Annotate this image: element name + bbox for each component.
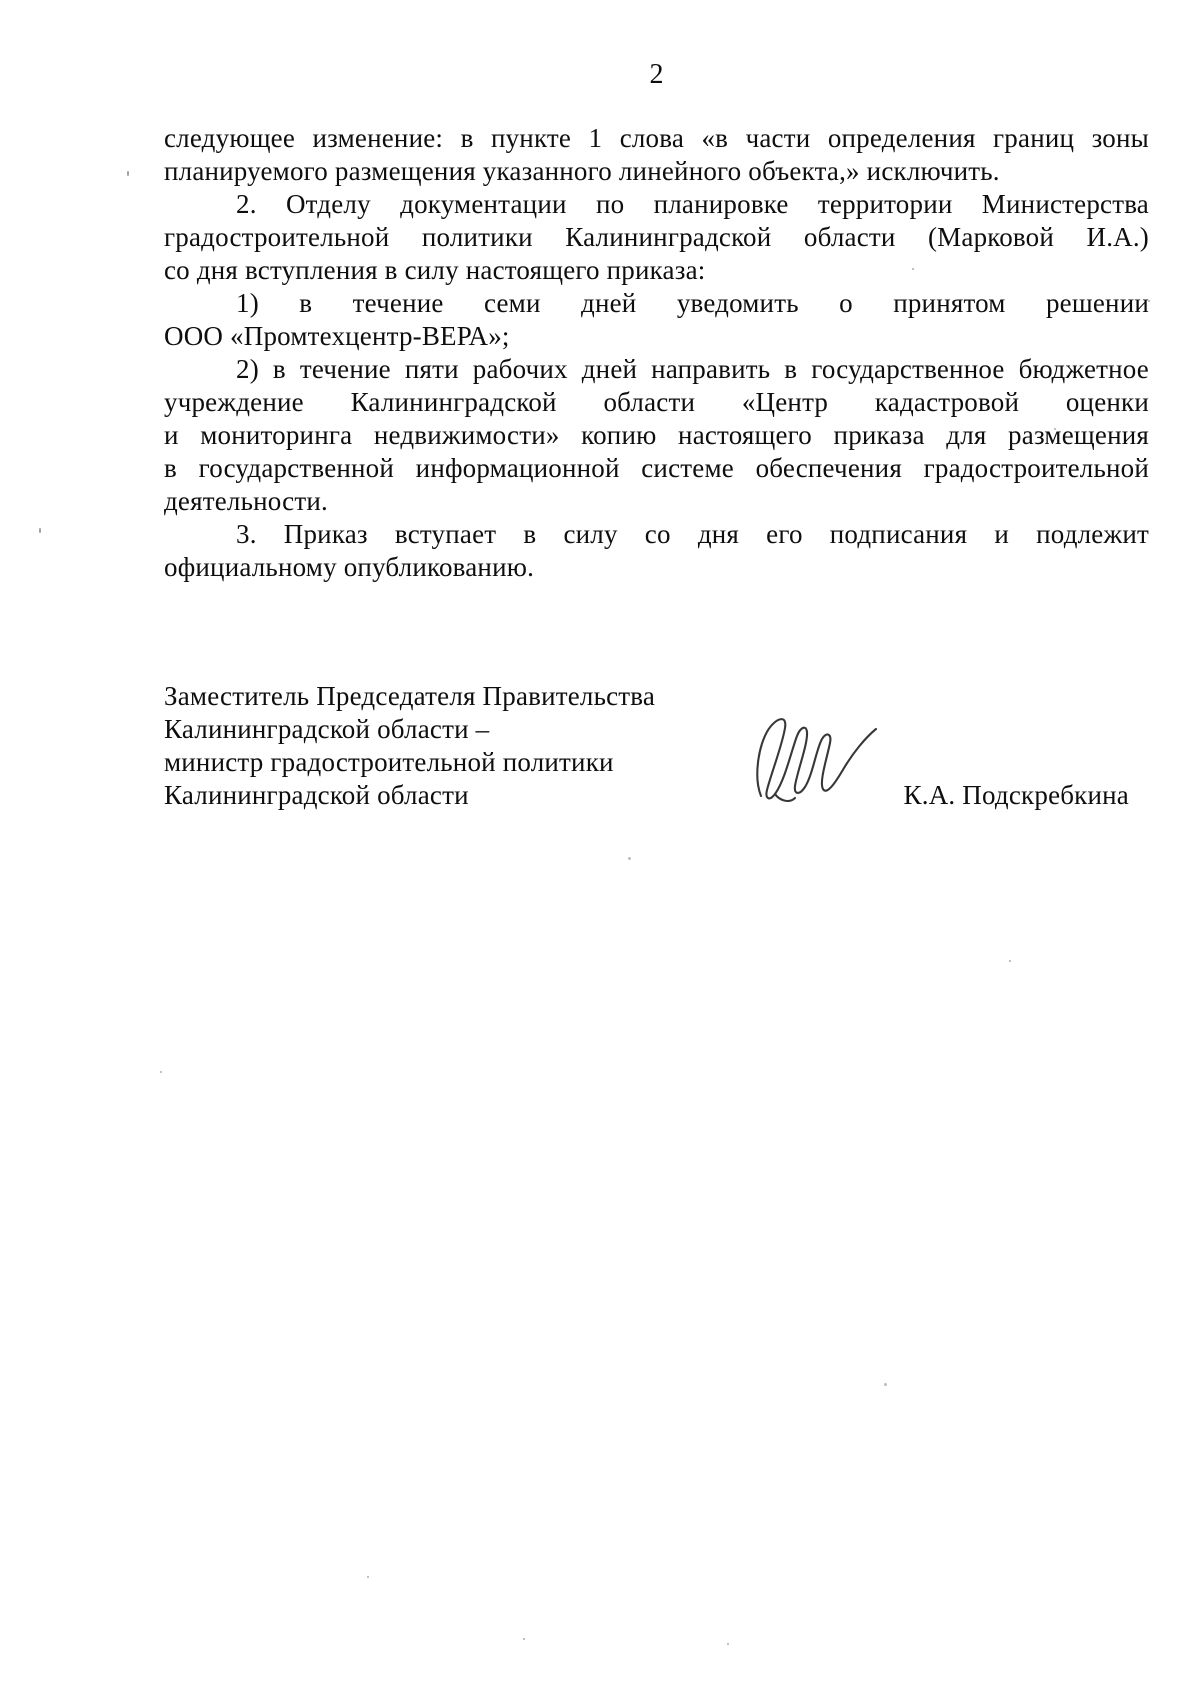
document-body: следующее изменение: в пункте 1 слова «в… [164,122,1149,584]
scan-speck [1148,300,1150,302]
signer-title-line: Заместитель Председателя Правительства [164,680,1149,713]
body-line: 2. Отделу документации по планировке тер… [164,188,1149,221]
body-line: деятельности. [164,485,1149,518]
scan-speck [628,857,631,860]
scan-speck [912,268,914,270]
scan-speck [1009,960,1011,962]
scan-speck [1054,428,1056,430]
body-line: 1) в течение семи дней уведомить о приня… [164,287,1149,320]
body-line: в государственной информационной системе… [164,452,1149,485]
scan-speck [884,1383,887,1386]
signer-name: К.А. Подскребкина [904,779,1129,812]
scan-speck [160,1071,162,1073]
signer-title-line: министр градостроительной политики [164,746,1149,779]
scan-speck [523,1638,525,1640]
handwritten-signature-icon [745,688,880,810]
body-line: 3. Приказ вступает в силу со дня его под… [164,518,1149,551]
body-line: 2) в течение пяти рабочих дней направить… [164,353,1149,386]
body-line: учреждение Калининградской области «Цент… [164,386,1149,419]
body-line: ООО «Промтехцентр-ВЕРА»; [164,320,1149,353]
body-line: следующее изменение: в пункте 1 слова «в… [164,122,1149,155]
document-page: 2 следующее изменение: в пункте 1 слова … [0,0,1200,1697]
body-line: со дня вступления в силу настоящего прик… [164,254,1149,287]
scan-speck [127,171,129,176]
body-line: градостроительной политики Калининградск… [164,221,1149,254]
body-line: официальному опубликованию. [164,551,1149,584]
page-number: 2 [164,58,1149,91]
signature-block: Заместитель Председателя Правительства К… [164,680,1149,825]
body-line: планируемого размещения указанного линей… [164,155,1149,188]
body-line: и мониторинга недвижимости» копию настоя… [164,419,1149,452]
scan-speck [727,1643,729,1645]
signer-title-line: Калининградской области – [164,713,1149,746]
scan-speck [39,528,41,533]
scan-speck [367,1576,369,1578]
